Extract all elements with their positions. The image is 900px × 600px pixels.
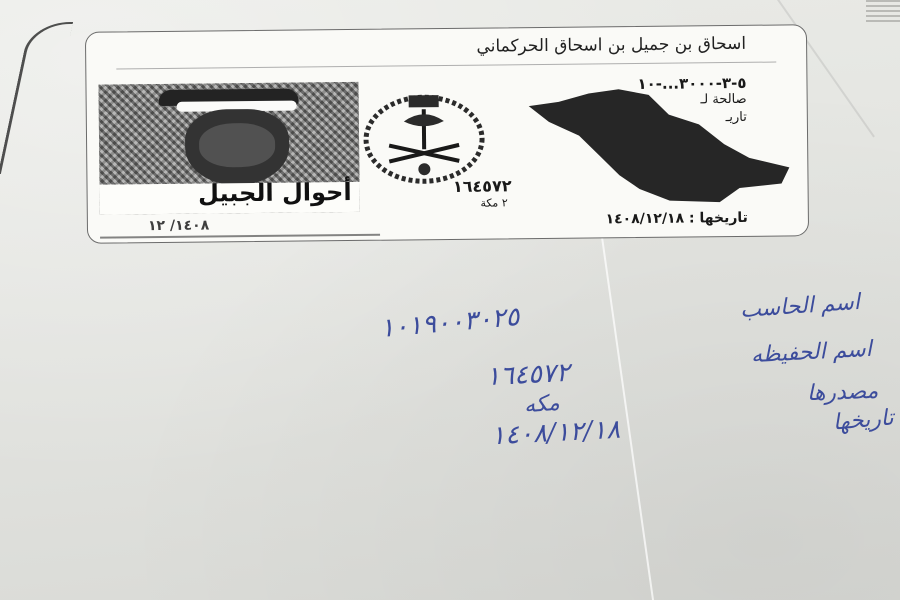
card-issue-place: ٢ مكة — [480, 196, 507, 209]
card-id-number: ٥-٣-٣٠٠٠...-١٠ — [637, 74, 746, 93]
issuing-office: أحوال الجبيل — [101, 178, 351, 209]
saudi-map-icon — [519, 83, 800, 206]
photo-face-shade — [199, 123, 275, 168]
corner-print-fragment — [866, 0, 900, 22]
handwritten-label-id-number: اسم الحفيظه — [751, 337, 873, 368]
handwritten-value-date: ١٤٠٨/١٢/١٨ — [490, 415, 621, 452]
card-record-number: ١٦٤٥٧٢ — [453, 176, 512, 196]
card-stamp-text: ١٤٠٨/ ١٢ — [148, 217, 209, 234]
handwritten-value-computer-number: ١٠١٩٠٠٣٠٢٥ — [379, 302, 521, 344]
margin-bracket-mark — [0, 22, 73, 174]
handwritten-value-id-number: ١٦٤٥٧٢ — [485, 358, 570, 392]
card-divider — [116, 62, 776, 70]
id-card-copy: اسحاق بن جميل بن اسحاق الحركماني أحوال ا… — [85, 24, 809, 244]
card-stamp-line — [100, 220, 380, 239]
card-validity-label: صالحة لـ — [700, 92, 746, 107]
saudi-emblem-icon — [359, 87, 490, 188]
card-full-name: اسحاق بن جميل بن اسحاق الحركماني — [476, 34, 746, 57]
handwritten-value-source: مكه — [523, 391, 560, 418]
handwritten-label-source: مصدرها — [806, 379, 878, 406]
card-issue-date: تاريخها : ١٤٠٨/١٢/١٨ — [605, 210, 748, 227]
card-issue-date-value: ١٤٠٨/١٢/١٨ — [605, 211, 684, 228]
card-issue-date-label: تاريخها : — [689, 210, 748, 227]
card-date-label: تاريـ — [725, 110, 746, 125]
handwritten-label-computer-number: اسم الحاسب — [739, 290, 860, 323]
handwritten-label-date: تاريخها — [832, 405, 895, 435]
